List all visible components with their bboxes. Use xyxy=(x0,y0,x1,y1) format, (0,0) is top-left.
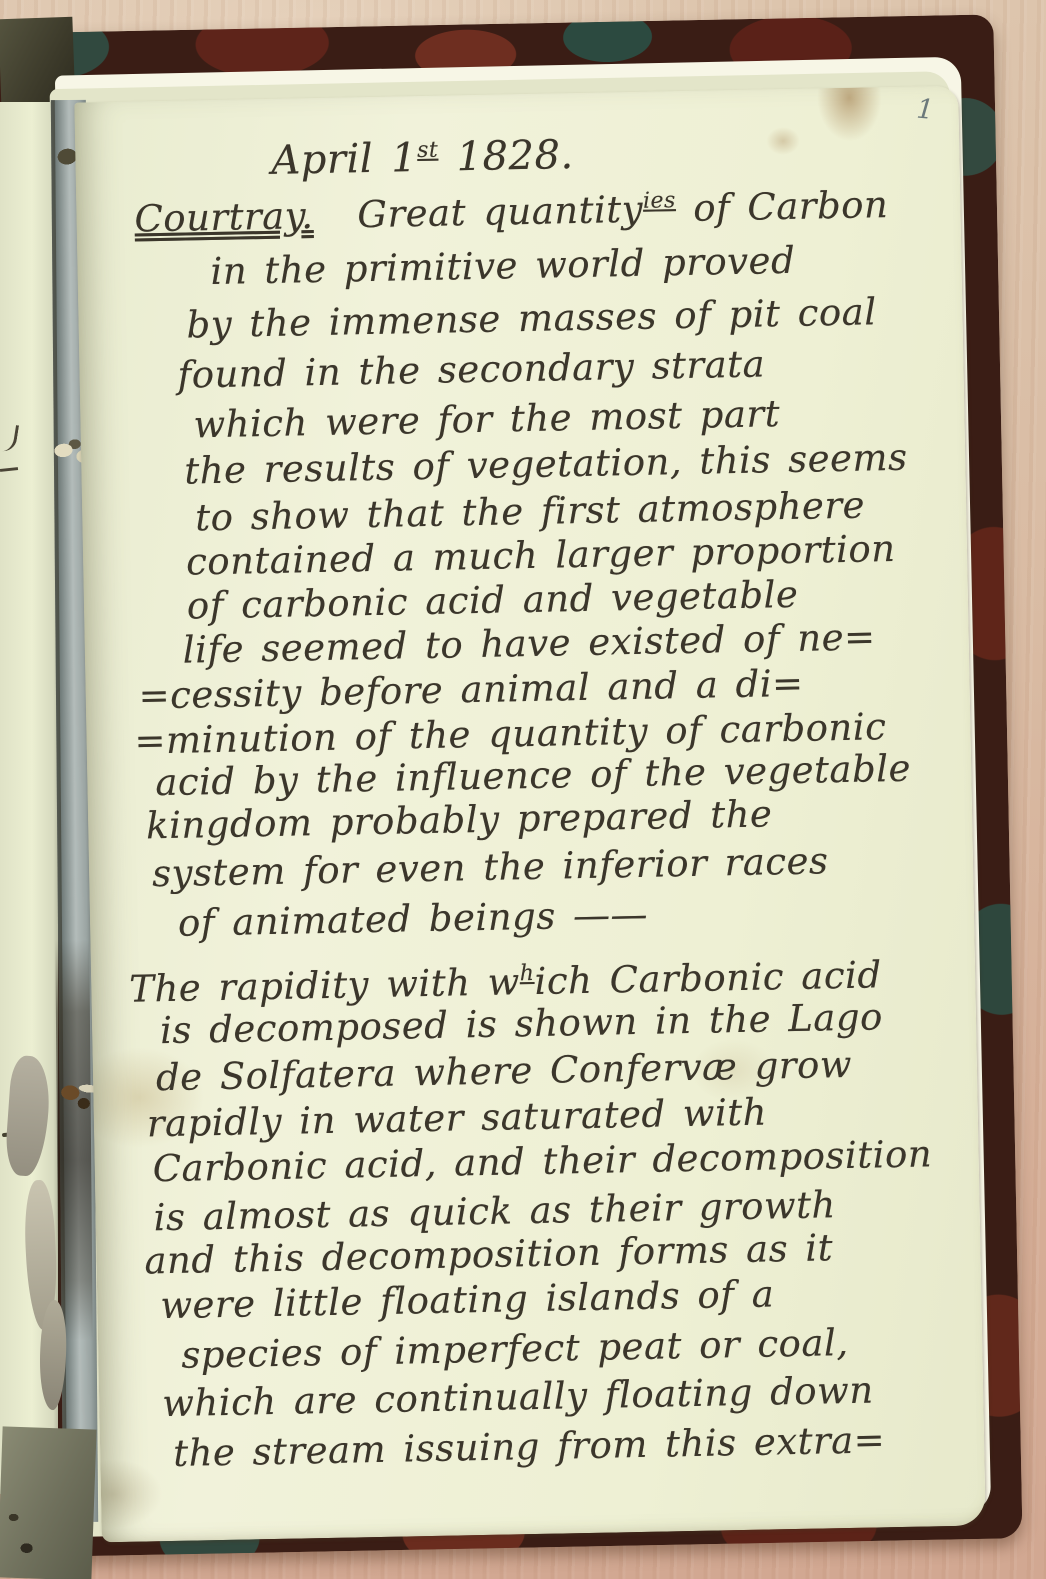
notebook-page: 1 April 1st 1828. Courtray.Great quantit… xyxy=(74,86,985,1543)
manuscript-line: the stream issuing from this extra= xyxy=(173,1417,886,1477)
cover-corner-bottom-left xyxy=(0,1426,97,1579)
date-heading: April 1st 1828. xyxy=(271,125,574,184)
entry1-first-pre: Great quantity xyxy=(357,188,643,236)
manuscript-line: in the primitive world proved xyxy=(210,238,795,295)
date-post: 1828. xyxy=(438,132,574,181)
entry1-first-post: of Carbon xyxy=(676,183,889,230)
page-number: 1 xyxy=(915,94,935,126)
ink-mark xyxy=(0,467,18,472)
entry1-first-sup: ies xyxy=(643,188,676,214)
manuscript-line: Courtray.Great quantityies of Carbon xyxy=(134,174,889,242)
date-pre: April 1 xyxy=(271,135,418,184)
date-superscript: st xyxy=(417,138,439,163)
ink-mark xyxy=(0,423,19,453)
manuscript-line: found in the secondary strata xyxy=(177,341,765,398)
entry2-first-sup: h xyxy=(519,961,534,986)
binding-wear xyxy=(55,940,92,1340)
notebook-photo: 1 April 1st 1828. Courtray.Great quantit… xyxy=(0,0,1046,1579)
manuscript-line: of animated beings —— xyxy=(178,892,649,947)
manuscript-line: by the immense masses of pit coal xyxy=(186,289,877,348)
margin-keyword: Courtray. xyxy=(134,194,314,240)
